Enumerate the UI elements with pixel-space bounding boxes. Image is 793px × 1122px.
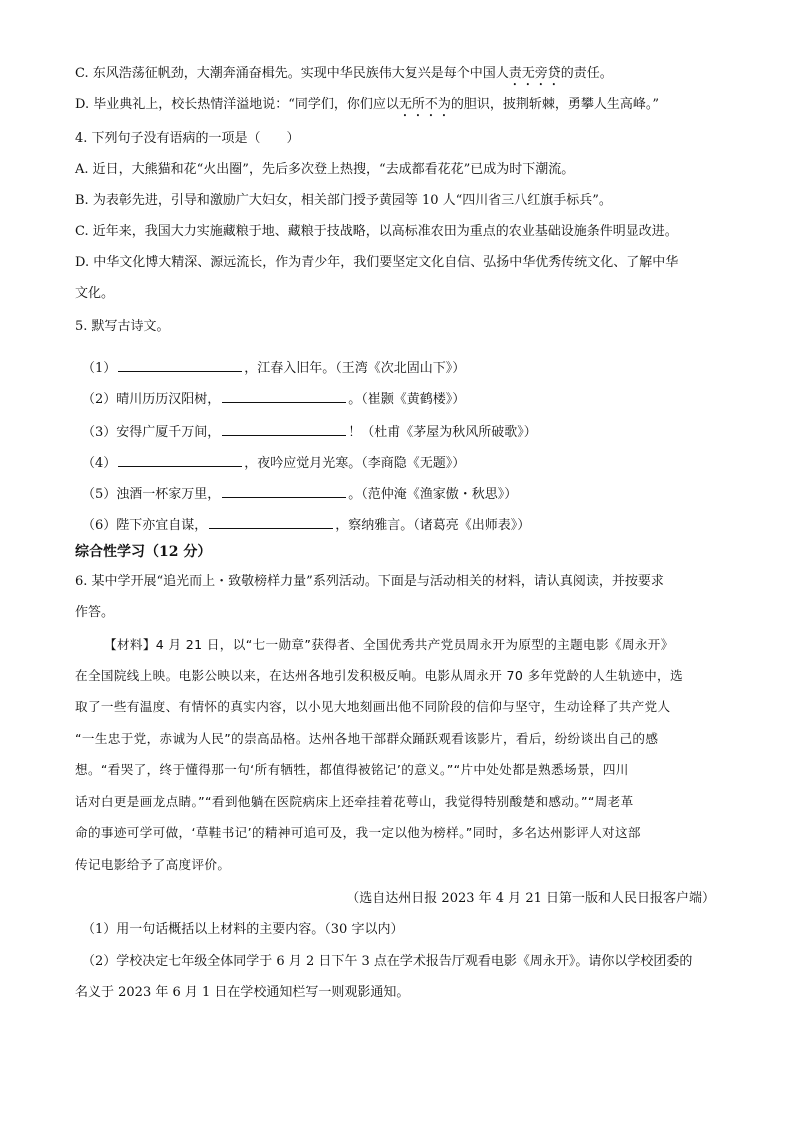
question-3-option-d: D. 毕业典礼上，校长热情洋溢地说：“同学们，你们应以无所不为的胆识，披荆斩棘，… — [75, 97, 659, 120]
answer-blank[interactable] — [222, 484, 346, 498]
item-before: 浊酒一杯家万里， — [116, 487, 220, 502]
question-6-sub-1: （1）用一句话概括以上材料的主要内容。（30 字以内） — [82, 922, 403, 938]
question-4-option-c: C. 近年来，我国大力实施藏粮于地、藏粮于技战略，以高标准农田为重点的农业基础设… — [75, 224, 678, 240]
item-number: （2） — [82, 392, 116, 407]
question-4-option-d: D. 中华文化博大精深、源远流长，作为青少年，我们要坚定文化自信、弘扬中华优秀传… — [75, 255, 678, 271]
material-line: 想。“看哭了，终于懂得那一句‘所有牺牲，都值得被铭记’的意义。”“片中处处都是熟… — [75, 762, 629, 778]
item-number: （6） — [82, 518, 116, 533]
material-line: 在全国院线上映。电影公映以来，在达州各地引发积极反响。电影从周永开 70 多年党… — [75, 668, 683, 684]
answer-blank[interactable] — [209, 515, 333, 529]
poem-item-4: （4），夜吟应觉月光寒。（李商隐《无题》） — [82, 453, 465, 472]
item-before: 陛下亦宜自谋， — [116, 518, 207, 533]
question-6-stem-cont: 作答。 — [75, 605, 114, 621]
question-3-option-c: C. 东风浩荡征帆劲，大潮奔涌奋楫先。实现中华民族伟大复兴是每个中国人责无旁贷的… — [75, 66, 613, 89]
answer-blank[interactable] — [222, 422, 346, 436]
item-after: ！（杜甫《茅屋为秋风所破歌》） — [348, 425, 537, 440]
material-line: “一生忠于党，赤诚为人民”的崇高品格。达州各地干部群众踊跃观看该影片，看后，纷纷… — [75, 731, 658, 747]
poem-item-5: （5）浊酒一杯家万里，。（范仲淹《渔家傲・秋思》） — [82, 484, 517, 503]
item-after: ，察纳雅言。（诸葛亮《出师表》） — [335, 518, 530, 533]
option-text: C. 东风浩荡征帆劲，大潮奔涌奋楫先。实现中华民族伟大复兴是每个中国人 — [75, 66, 509, 81]
question-6-sub-2: （2）学校决定七年级全体同学于 6 月 2 日下午 3 点在学术报告厅观看电影《… — [82, 954, 692, 970]
emphasized-phrase: 无所不为 — [399, 97, 451, 112]
poem-item-6: （6）陛下亦宜自谋，，察纳雅言。（诸葛亮《出师表》） — [82, 515, 530, 534]
question-5-stem: 5. 默写古诗文。 — [75, 319, 170, 335]
item-number: （3） — [82, 425, 116, 440]
question-6-sub-2-cont: 名义于 2023 年 6 月 1 日在学校通知栏写一则观影通知。 — [75, 985, 409, 1001]
item-number: （5） — [82, 487, 116, 502]
item-after: 。（范仲淹《渔家傲・秋思》） — [348, 487, 517, 502]
item-before: 晴川历历汉阳树， — [116, 392, 220, 407]
option-text: D. 毕业典礼上，校长热情洋溢地说：“同学们，你们应以 — [75, 97, 399, 112]
poem-item-1: （1），江春入旧年。（王湾《次北固山下》） — [82, 358, 465, 377]
question-4-option-b: B. 为表彰先进，引导和激励广大妇女，相关部门授予黄园等 10 人“四川省三八红… — [75, 193, 612, 209]
question-4-option-a: A. 近日，大熊猫和花“火出圈”，先后多次登上热搜，“去成都看花花”已成为时下潮… — [75, 162, 574, 178]
item-after: 。（崔颢《黄鹤楼》） — [348, 392, 465, 407]
option-text: 的胆识，披荆斩棘，勇攀人生高峰。” — [451, 97, 659, 112]
material-line: 取了一些有温度、有情怀的真实内容，以小见大地刻画出他不同阶段的信仰与坚守，生动诠… — [75, 699, 670, 715]
item-before: 安得广厦千万间， — [116, 425, 220, 440]
item-after: ，夜吟应觉月光寒。（李商隐《无题》） — [244, 456, 465, 471]
item-after: ，江春入旧年。（王湾《次北固山下》） — [244, 361, 465, 376]
answer-blank[interactable] — [118, 453, 242, 467]
item-number: （1） — [82, 361, 116, 376]
emphasized-phrase: 责无旁贷 — [509, 66, 561, 81]
question-6-stem: 6. 某中学开展“追光而上・致敬榜样力量”系列活动。下面是与活动相关的材料，请认… — [75, 574, 664, 590]
answer-blank[interactable] — [222, 389, 346, 403]
material-source: （选自达州日报 2023 年 4 月 21 日第一版和人民日报客户端） — [346, 891, 715, 907]
material-line: 话对白更是画龙点睛。”“看到他躺在医院病床上还牵挂着花萼山，我觉得特别酸楚和感动… — [75, 794, 634, 810]
poem-item-3: （3）安得广厦千万间，！（杜甫《茅屋为秋风所破歌》） — [82, 422, 537, 441]
item-number: （4） — [82, 456, 116, 471]
option-text: 的责任。 — [561, 66, 613, 81]
question-4-option-d-cont: 文化。 — [75, 286, 114, 302]
poem-item-2: （2）晴川历历汉阳树，。（崔颢《黄鹤楼》） — [82, 389, 465, 408]
material-line: 传记电影给予了高度评价。 — [75, 857, 230, 873]
material-line: 【材料】4 月 21 日，以“七一勋章”获得者、全国优秀共产党员周永开为原型的主… — [104, 637, 674, 653]
material-line: 命的事迹可学可做，‘草鞋书记’的精神可追可及，我一定以他为榜样。”同时，多名达州… — [75, 825, 641, 841]
answer-blank[interactable] — [118, 358, 242, 372]
question-4-stem: 4. 下列句子没有语病的一项是（ ） — [75, 131, 300, 147]
section-heading: 综合性学习（12 分） — [75, 544, 211, 560]
